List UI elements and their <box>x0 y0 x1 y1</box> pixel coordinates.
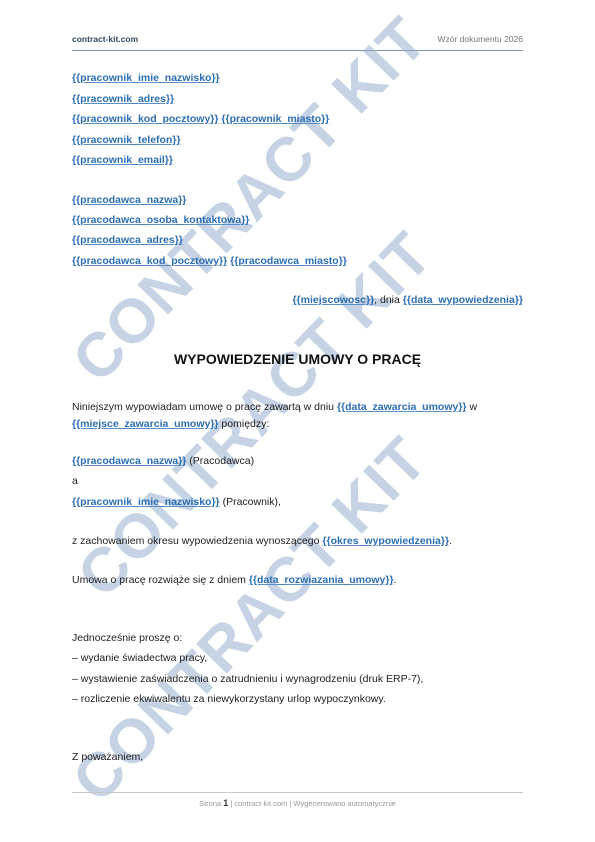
employee-name-line: {{pracownik_imie_nazwisko}} <box>72 72 220 85</box>
intro-paragraph: Niniejszym wypowiadam umowę o pracę zawa… <box>72 399 527 433</box>
footer-divider <box>72 792 523 793</box>
employee-email-line: {{pracownik_email}} <box>72 154 173 167</box>
document-page: contract-kit.com Wzór dokumentu 2026 CON… <box>0 0 595 842</box>
placeholder-employer-contact: {{pracodawca_osoba_kontaktowa}} <box>72 214 249 226</box>
employer-party-line: {{pracodawca_nazwa}} (Pracodawca) <box>72 455 254 468</box>
placeholder-employer-name: {{pracodawca_nazwa}} <box>72 194 186 206</box>
request-item: – wystawienie zaświadczenia o zatrudnien… <box>72 673 423 686</box>
placeholder-contract-place: {{miejsce_zawarcia_umowy}} <box>72 418 219 430</box>
request-item: – rozliczenie ekwiwalentu za niewykorzys… <box>72 693 386 706</box>
placeholder-employee-address: {{pracownik_adres}} <box>72 93 174 105</box>
employee-party-line: {{pracownik_imie_nazwisko}} (Pracownik), <box>72 496 281 509</box>
page-footer: Strona 1 | contract-kit.com | Wygenerowa… <box>0 798 595 808</box>
placeholder-employer-city: {{pracodawca_miasto}} <box>230 255 347 267</box>
employee-phone-line: {{pracownik_telefon}} <box>72 134 181 147</box>
employee-city-line: {{pracownik_kod_pocztowy}} {{pracownik_m… <box>72 113 329 126</box>
placeholder-employee-email: {{pracownik_email}} <box>72 154 173 166</box>
placeholder-employee-name: {{pracownik_imie_nazwisko}} <box>72 72 220 84</box>
placeholder-employer-name: {{pracodawca_nazwa}} <box>72 455 186 467</box>
placeholder-employee-name: {{pracownik_imie_nazwisko}} <box>72 496 220 508</box>
placeholder-contract-date: {{data_zawarcia_umowy}} <box>337 401 467 413</box>
requests-lead: Jednocześnie proszę o: <box>72 632 182 645</box>
document-title: WYPOWIEDZENIE UMOWY O PRACĘ <box>0 351 595 367</box>
employer-contact-line: {{pracodawca_osoba_kontaktowa}} <box>72 214 249 227</box>
placeholder-notice-date: {{data_wypowiedzenia}} <box>403 294 523 306</box>
placeholder-place: {{miejscowosc}} <box>292 294 374 306</box>
placeholder-notice-period: {{okres_wypowiedzenia}} <box>322 535 449 547</box>
employer-city-line: {{pracodawca_kod_pocztowy}} {{pracodawca… <box>72 255 347 268</box>
employer-name-line: {{pracodawca_nazwa}} <box>72 194 186 207</box>
employer-address-line: {{pracodawca_adres}} <box>72 234 183 247</box>
placeholder-employee-phone: {{pracownik_telefon}} <box>72 134 181 146</box>
termination-line: Umowa o pracę rozwiąże się z dniem {{dat… <box>72 574 396 587</box>
placeholder-termination-date: {{data_rozwiazania_umowy}} <box>249 574 394 586</box>
notice-period-line: z zachowaniem okresu wypowiedzenia wynos… <box>72 535 452 548</box>
placeholder-employee-postal-code: {{pracownik_kod_pocztowy}} <box>72 113 218 125</box>
place-date-line: {{miejscowosc}}, dnia {{data_wypowiedzen… <box>292 294 523 307</box>
placeholder-employer-postal-code: {{pracodawca_kod_pocztowy}} <box>72 255 227 267</box>
placeholder-employer-address: {{pracodawca_adres}} <box>72 234 183 246</box>
placeholder-employee-city: {{pracownik_miasto}} <box>221 113 329 125</box>
closing: Z poważaniem, <box>72 751 143 764</box>
conjunction: a <box>72 475 78 488</box>
request-item: – wydanie świadectwa pracy, <box>72 652 207 665</box>
employee-address-line: {{pracownik_adres}} <box>72 93 174 106</box>
